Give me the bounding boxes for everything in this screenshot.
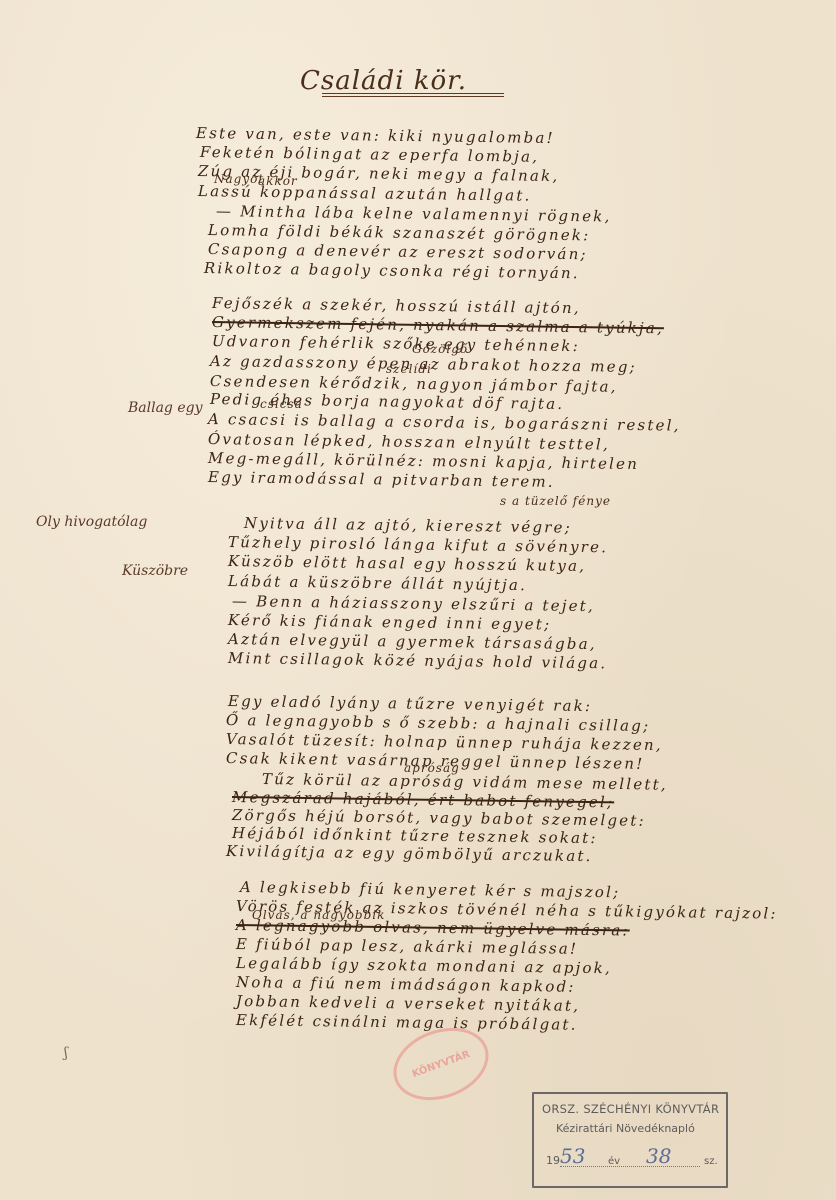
interlinear-note: s a tüzelő fénye	[500, 494, 611, 508]
year-prefix: 19	[546, 1154, 560, 1167]
interlinear-note: csicsa	[260, 397, 303, 411]
register-name: Kézirattári Növedéknapló	[556, 1122, 695, 1135]
poem-title: Családi kör.	[300, 66, 467, 96]
year-value: 53	[560, 1144, 585, 1168]
seal-text: KÖNYVTÁR	[411, 1048, 472, 1079]
pencil-mark: ʃ	[64, 1045, 68, 1061]
fill-line	[560, 1166, 700, 1167]
interlinear-note: Gőzölgő	[412, 342, 468, 356]
margin-note: Oly hivogatólag	[36, 514, 147, 530]
margin-note: Küszöbre	[122, 563, 188, 579]
number-label: sz.	[704, 1156, 718, 1167]
margin-note: Ballag egy	[128, 400, 203, 416]
title-underline	[322, 93, 504, 94]
library-name: ORSZ. SZÉCHÉNYI KÖNYVTÁR	[542, 1102, 719, 1116]
accession-number: 38	[646, 1144, 671, 1168]
accession-stamp: ORSZ. SZÉCHÉNYI KÖNYVTÁR Kézirattári Növ…	[532, 1092, 728, 1188]
title-underline-double	[322, 96, 504, 97]
